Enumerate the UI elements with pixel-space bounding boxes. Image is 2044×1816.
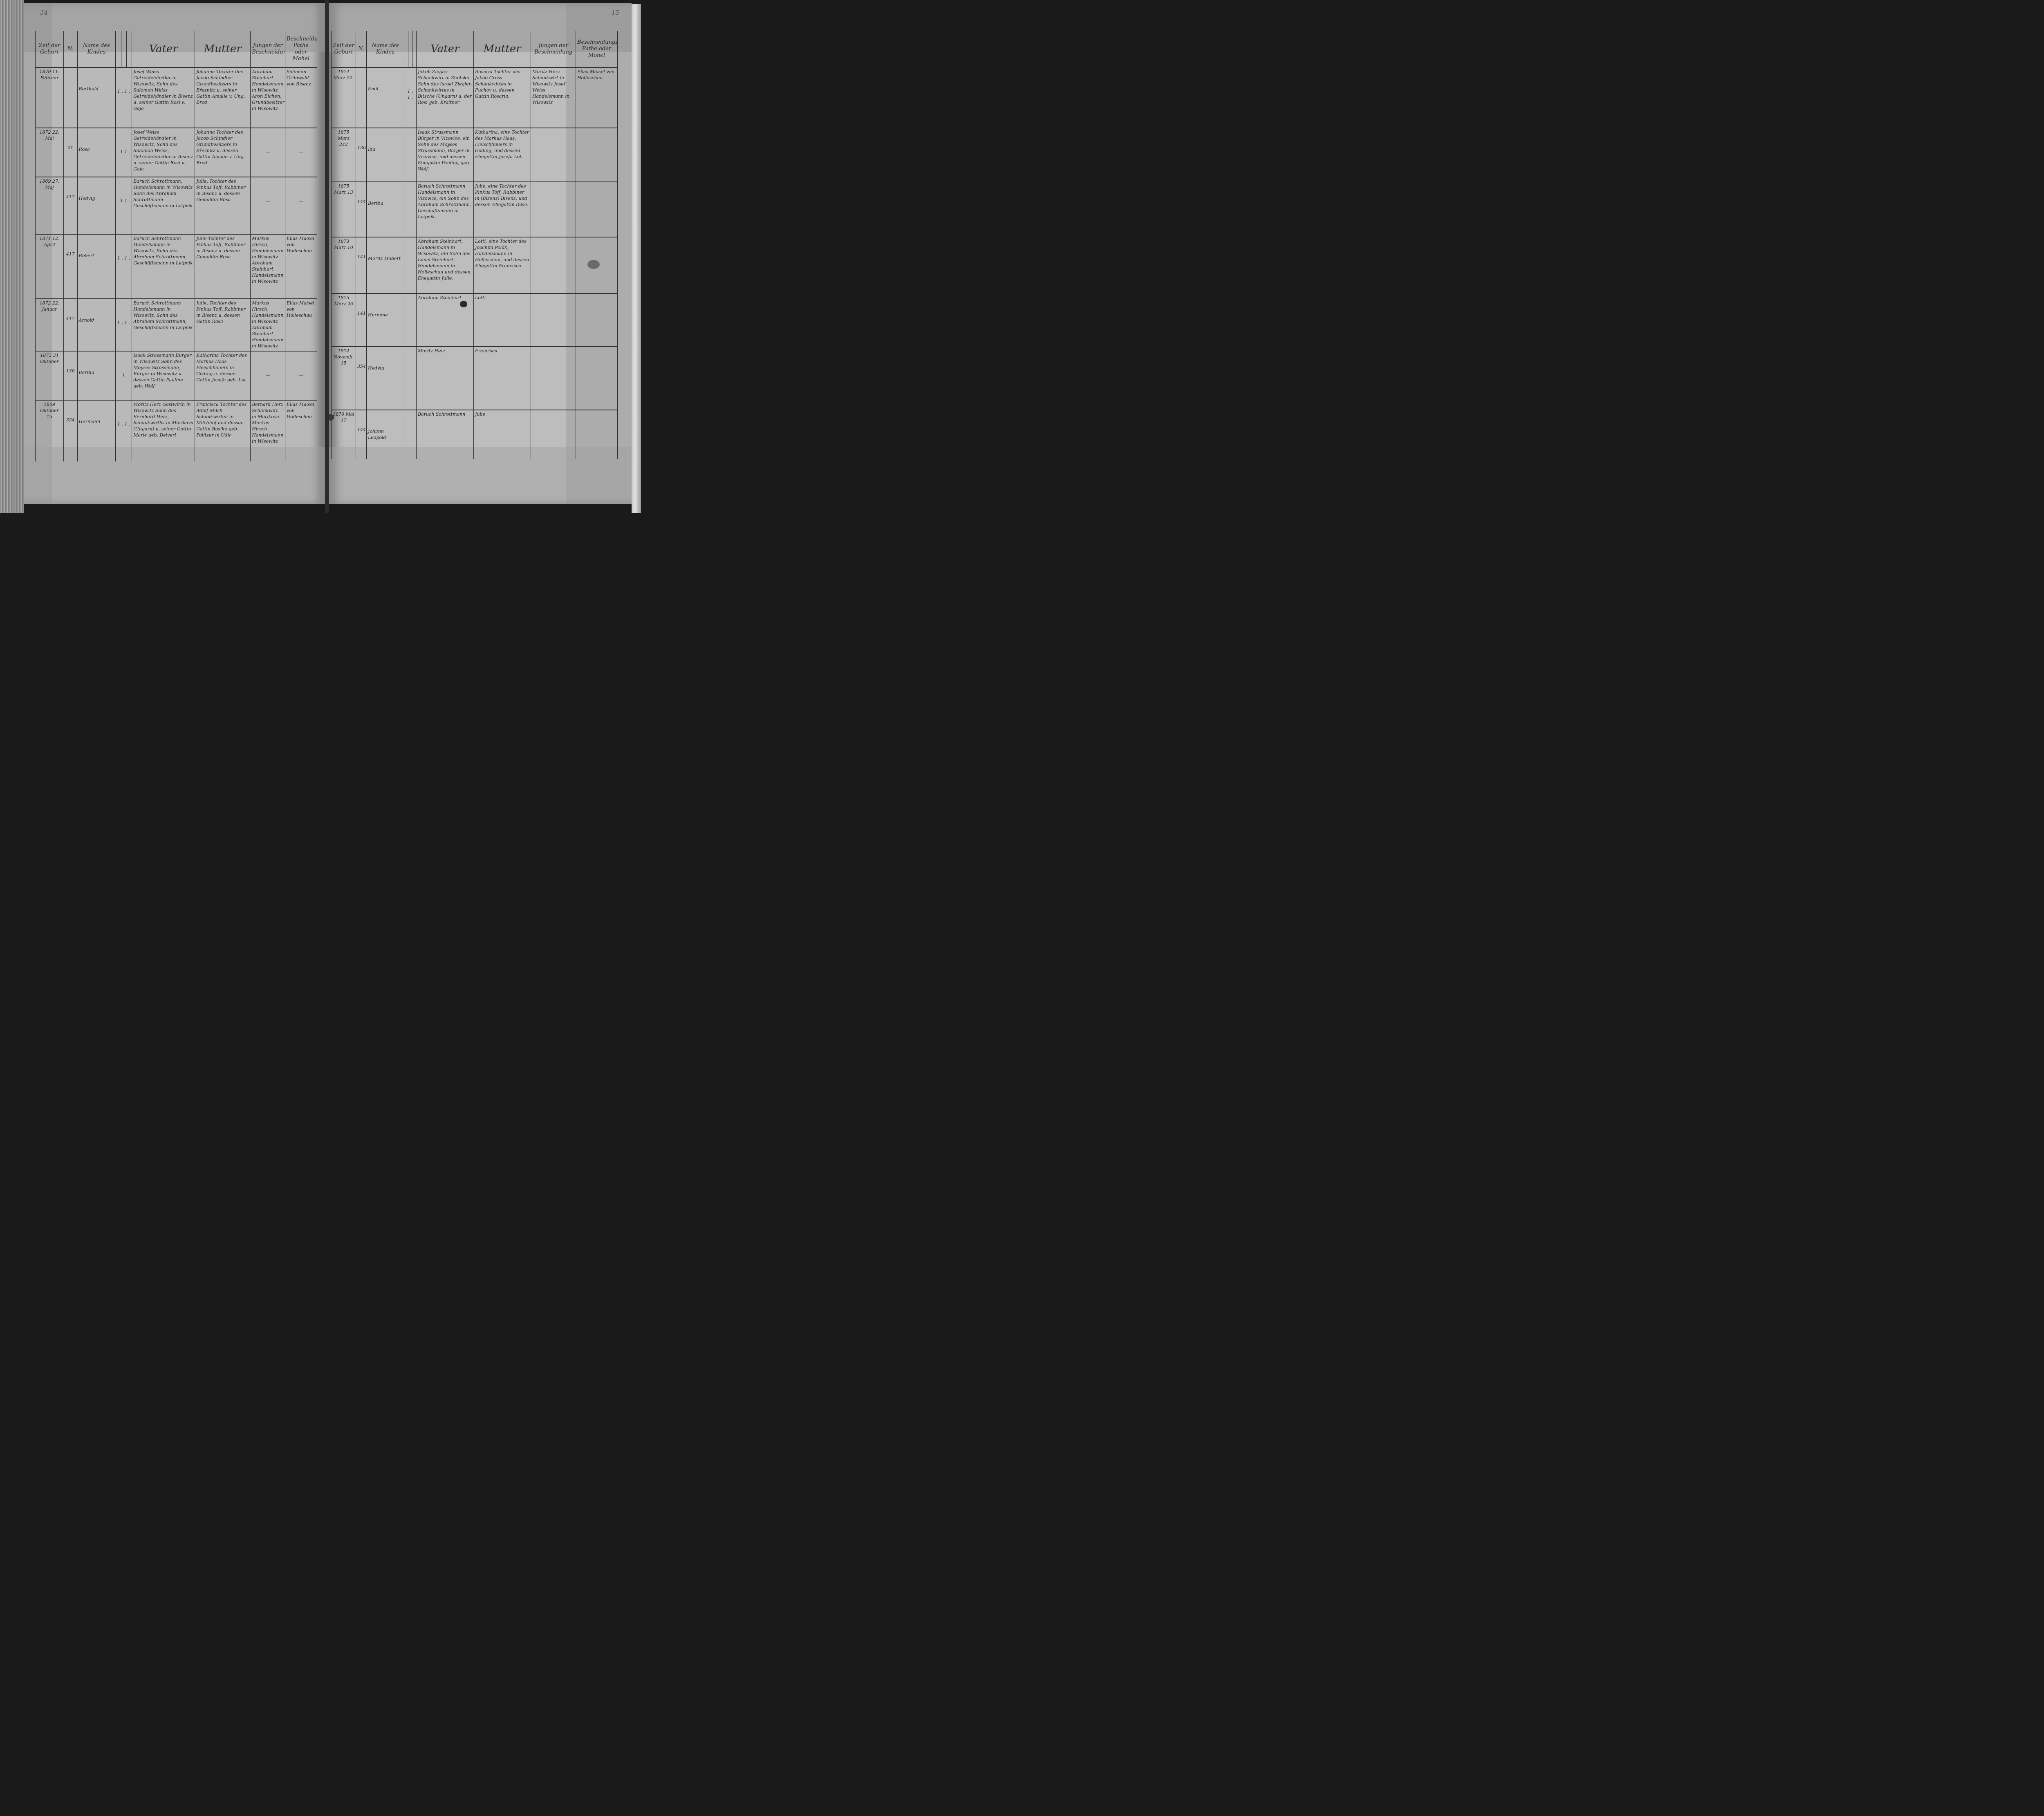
header-date: Zeit der Geburt: [332, 31, 356, 67]
house-number: [356, 67, 367, 128]
godparent-text: Salomon Grünwald von Bisenz: [285, 67, 317, 128]
house-number: 417: [64, 234, 77, 299]
mother-text: Lotti: [474, 293, 531, 347]
legitimacy-marks: 1 . 1 .: [116, 67, 132, 128]
header-father: Vater: [417, 31, 474, 67]
father-text: Moritz Herz Gastwirth in Wisowitz Sohn d…: [132, 400, 195, 461]
circumciser-text: [531, 410, 576, 459]
header-number: N.: [356, 31, 367, 67]
header-godparent: Beschneidungs-Pathe oder Mohel: [576, 31, 618, 67]
register-row: 1874 Marz 22. Emil 1 . 1 . Jakob Ziegler…: [332, 67, 618, 128]
mother-text: Johanna Tochter des Jacob Schindler Grun…: [195, 67, 251, 128]
register-row: 1875 Marz 13 144 Bertha Baruch Schrottma…: [332, 182, 618, 237]
godparent-text: Elias Maisel von Holleschau: [285, 299, 317, 351]
child-name: Ida: [367, 128, 404, 182]
circumciser-text: Abraham Steinhart Handelsmann in Wisowit…: [251, 67, 285, 128]
mother-text: Johanna Tochter des Jacob Schindler Grun…: [195, 128, 251, 177]
child-name: Hedvig: [367, 347, 404, 410]
house-number: 417: [64, 299, 77, 351]
house-number: 354: [356, 347, 367, 410]
father-text: Isaak Strassmann Bürger in Vizovice, ein…: [417, 128, 474, 182]
register-row: 1873 31 Oktober 136 Bertha 1 Isaak Stras…: [36, 351, 317, 400]
legitimacy-marks: 1 . 1 .: [404, 67, 417, 128]
register-row: 1872 22. Januar 417 Arnold 1 . 1 . Baruc…: [36, 299, 317, 351]
father-text: Baruch Schrottmann: [417, 410, 474, 459]
birth-date: 1874 Novemb. 15: [332, 347, 356, 410]
page-number: 34: [40, 9, 48, 16]
godparent-text: Elias Maisel von Holleschau: [285, 400, 317, 461]
stain: [587, 260, 600, 269]
mother-text: Katharina Tochter des Markus Haas Fleisc…: [195, 351, 251, 400]
circumciser-text: Markus Hirsch, Handelsmann in Wisowitz A…: [251, 234, 285, 299]
father-text: Baruch Schrottmann, Handelsmann in Wisow…: [132, 177, 195, 234]
mother-text: Katharina, eine Tochter des Markus Haas,…: [474, 128, 531, 182]
godparent-text: [576, 182, 618, 237]
circumciser-text: [531, 237, 576, 293]
circumciser-text: [531, 293, 576, 347]
house-number: 21: [64, 128, 77, 177]
child-name: Bertha: [77, 351, 116, 400]
header-number: N.: [64, 31, 77, 67]
child-name: Rosa: [77, 128, 116, 177]
child-name: Robert: [77, 234, 116, 299]
mother-text: Lotti, eine Tochter des Joachim Polák, H…: [474, 237, 531, 293]
circumciser-text: —: [251, 351, 285, 400]
legitimacy-marks: [404, 347, 417, 410]
legitimacy-marks: [404, 293, 417, 347]
house-number: 141: [356, 237, 367, 293]
birth-date: 1872 22. Januar: [36, 299, 64, 351]
legitimacy-marks: [404, 182, 417, 237]
legitimacy-marks: [404, 410, 417, 459]
circumciser-text: [531, 347, 576, 410]
header-date: Zeit der Geburt: [36, 31, 64, 67]
godparent-text: Elias Maisel von Holleschau: [285, 234, 317, 299]
register-row: 1875 Marz 26 141 Hermine Abraham Steinha…: [332, 293, 618, 347]
child-name: Hedvig: [77, 177, 116, 234]
header-mark-1: [116, 31, 121, 67]
mother-text: Rosaria Tochter des Jakob Gross Schankwi…: [474, 67, 531, 128]
header-circumciser: Jungen der Beschneidung: [251, 31, 285, 67]
register-row: 1870 11. Februar Berthold 1 . 1 . Josef …: [36, 67, 317, 128]
legitimacy-marks: . 1 1 .: [116, 128, 132, 177]
circumciser-text: Markus Hirsch, Handelsmann in Wisowitz A…: [251, 299, 285, 351]
godparent-text: [576, 128, 618, 182]
header-mother: Mutter: [195, 31, 251, 67]
godparent-text: —: [285, 177, 317, 234]
house-number: [64, 67, 77, 128]
godparent-text: [576, 347, 618, 410]
register-row: 1869 Oktober 15 354 Hermann 1 . 1 . Mori…: [36, 400, 317, 461]
right-page: 15 Zeit der Geburt N. Name des Kindes Va…: [329, 3, 632, 504]
father-text: Baruch Schrottmann Handelsmann in Vizovi…: [417, 182, 474, 237]
circumciser-text: [531, 128, 576, 182]
mother-text: Julie, Tochter des Pinkus Toff, Rabbiner…: [195, 177, 251, 234]
child-name: Moritz Hubert: [367, 237, 404, 293]
register-row: 1876 Mai 17 144 Johann Leopold Baruch Sc…: [332, 410, 618, 459]
birth-date: 1869 Oktober 15: [36, 400, 64, 461]
mother-text: Julie, eine Tochter des Pinkus Toff, Rab…: [474, 182, 531, 237]
child-name: Johann Leopold: [367, 410, 404, 459]
register-row: 1875 Marz 242 136 Ida Isaak Strassmann B…: [332, 128, 618, 182]
father-text: Moritz Herz: [417, 347, 474, 410]
header-godparent: Beschneidungs-Pathe oder Mohel: [285, 31, 317, 67]
house-number: 417: [64, 177, 77, 234]
father-text: Abraham Steinhart, Handelsmann in Wisowi…: [417, 237, 474, 293]
register-table-right: Zeit der Geburt N. Name des Kindes Vater…: [331, 31, 618, 459]
header-father: Vater: [132, 31, 195, 67]
birth-date: 1875 Marz 13: [332, 182, 356, 237]
birth-date: 1873 31 Oktober: [36, 351, 64, 400]
house-number: 141: [356, 293, 367, 347]
father-text: Baruch Schrottmann Handelsmann in Wisowi…: [132, 299, 195, 351]
child-name: Bertha: [367, 182, 404, 237]
mother-text: Francisca: [474, 347, 531, 410]
register-row: 1873 Marz 10 141 Moritz Hubert Abraham S…: [332, 237, 618, 293]
birth-date: 1876 Mai 17: [332, 410, 356, 459]
child-name: Berthold: [77, 67, 116, 128]
house-number: 144: [356, 182, 367, 237]
mother-text: Julie: [474, 410, 531, 459]
godparent-text: —: [285, 351, 317, 400]
house-number: 136: [64, 351, 77, 400]
father-text: Josef Weiss Getreidehändler in Wisowitz,…: [132, 128, 195, 177]
child-name: Arnold: [77, 299, 116, 351]
child-name: Emil: [367, 67, 404, 128]
father-text: Baruch Schrottmann Handelsmann in Wisowi…: [132, 234, 195, 299]
header-child-name: Name des Kindes: [77, 31, 116, 67]
left-page: 34 Zeit der Geburt N. Name des Kindes Va…: [24, 3, 325, 504]
legitimacy-marks: [404, 128, 417, 182]
legitimacy-marks: 1 . 1 .: [116, 299, 132, 351]
legitimacy-marks: [404, 237, 417, 293]
father-text: Jakob Ziegler Schankwirt in Shotsko, Soh…: [417, 67, 474, 128]
mother-text: Julie Tochter des Pinkus Toff, Rabbiner …: [195, 234, 251, 299]
book-cover-edge: [632, 4, 641, 513]
book-page-edges: [0, 0, 24, 513]
header-child-name: Name des Kindes: [367, 31, 404, 67]
header-mark-1: [404, 31, 408, 67]
circumciser-text: [531, 182, 576, 237]
circumciser-text: —: [251, 177, 285, 234]
house-number: 144: [356, 410, 367, 459]
godparent-text: [576, 293, 618, 347]
header-mark-3: [412, 31, 417, 67]
legitimacy-marks: 1 . 1 .: [116, 234, 132, 299]
father-text: Isaak Strassmann Bürger in Wisowitz Sohn…: [132, 351, 195, 400]
godparent-text: Elias Maisel von Holleschau: [576, 67, 618, 128]
register-row: 1871 12. April 417 Robert 1 . 1 . Baruch…: [36, 234, 317, 299]
header-circumciser: Jungen der Beschneidung: [531, 31, 576, 67]
mother-text: Francisca Tochter des Adolf Milch Schank…: [195, 400, 251, 461]
birth-date: 1875 Marz 26: [332, 293, 356, 347]
mother-text: Julie, Tochter des Pinkus Toff, Rabbiner…: [195, 299, 251, 351]
register-table-left: Zeit der Geburt N. Name des Kindes Vater…: [35, 31, 317, 461]
register-row: 1874 Novemb. 15 354 Hedvig Moritz Herz F…: [332, 347, 618, 410]
birth-date: 1873 Marz 10: [332, 237, 356, 293]
legitimacy-marks: 1 . 1 .: [116, 400, 132, 461]
birth-date: 1871 12. April: [36, 234, 64, 299]
child-name: Hermine: [367, 293, 404, 347]
father-text: Josef Weiss Getreidehändler in Wisowitz,…: [132, 67, 195, 128]
register-row: 1869 27. Maj 417 Hedvig . 1 1 . Baruch S…: [36, 177, 317, 234]
house-number: 136: [356, 128, 367, 182]
godparent-text: [576, 410, 618, 459]
birth-date: 1872 22. Mai: [36, 128, 64, 177]
circumciser-text: Moritz Herz Schankwirt in Wisowitz Josef…: [531, 67, 576, 128]
godparent-text: —: [285, 128, 317, 177]
header-mark-3: [126, 31, 132, 67]
birth-date: 1870 11. Februar: [36, 67, 64, 128]
birth-date: 1875 Marz 242: [332, 128, 356, 182]
page-number: 15: [612, 9, 619, 16]
circumciser-text: —: [251, 128, 285, 177]
circumciser-text: Bernard Herz Schankwirt in Marikova Mark…: [251, 400, 285, 461]
legitimacy-marks: . 1 1 .: [116, 177, 132, 234]
book-gutter: [325, 0, 329, 513]
legitimacy-marks: 1: [116, 351, 132, 400]
house-number: 354: [64, 400, 77, 461]
header-mark-2: [408, 31, 412, 67]
birth-date: 1874 Marz 22.: [332, 67, 356, 128]
header-mark-2: [121, 31, 126, 67]
header-mother: Mutter: [474, 31, 531, 67]
birth-date: 1869 27. Maj: [36, 177, 64, 234]
register-row: 1872 22. Mai 21 Rosa . 1 1 . Josef Weiss…: [36, 128, 317, 177]
child-name: Hermann: [77, 400, 116, 461]
ink-blot: [460, 301, 467, 307]
